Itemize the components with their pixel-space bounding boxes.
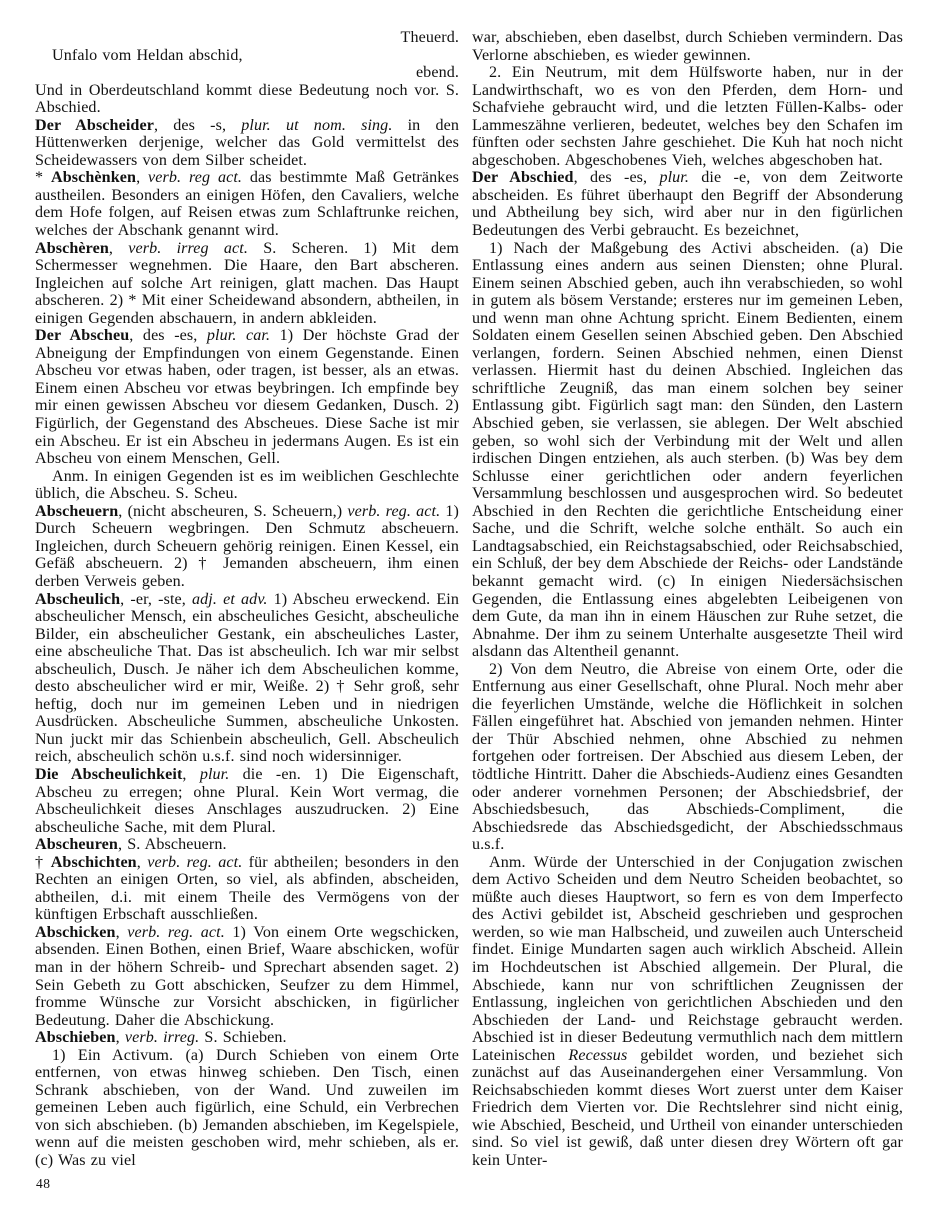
text-run: , des -s,: [154, 117, 241, 134]
grammar-label: verb. irreg.: [125, 1029, 199, 1046]
text-run: ,: [137, 854, 147, 871]
paragraph: Unfalo vom Heldan abschid,: [35, 47, 459, 65]
paragraph: Und in Oberdeutschland kommt diese Bedeu…: [35, 82, 459, 117]
text-run: 1) Nach der Maßgebung des Activi abschei…: [472, 240, 903, 661]
grammar-label: Recessus: [568, 1047, 627, 1064]
text-run: , des -es,: [574, 169, 660, 186]
text-run: ,: [182, 766, 199, 783]
text-run: gebildet worden, und beziehet sich zunäc…: [472, 1047, 903, 1169]
text-run: war, abschieben, eben daselbst, durch Sc…: [472, 29, 903, 64]
text-run: ebend.: [416, 64, 459, 81]
text-run: *: [35, 169, 51, 186]
grammar-label: plur.: [200, 766, 230, 783]
paragraph: Die Abscheulichkeit, plur. die -en. 1) D…: [35, 766, 459, 836]
entry-headword: Abschèren: [35, 240, 109, 257]
entry-headword: Abschènken: [51, 169, 136, 186]
text-run: ,: [116, 924, 128, 941]
paragraph: Abschieben, verb. irreg. S. Schieben.: [35, 1029, 459, 1047]
grammar-label: verb. reg. act.: [127, 924, 225, 941]
text-run: 2) Von dem Neutro, die Abreise von einem…: [472, 661, 903, 853]
paragraph: Abscheulich, -er, -ste, adj. et adv. 1) …: [35, 591, 459, 766]
paragraph: 1) Nach der Maßgebung des Activi abschei…: [472, 240, 903, 661]
paragraph: 2. Ein Neutrum, mit dem Hülfsworte haben…: [472, 64, 903, 169]
paragraph: * Abschènken, verb. reg act. das bestimm…: [35, 169, 459, 239]
grammar-label: verb. reg. act.: [347, 503, 440, 520]
text-run: Und in Oberdeutschland kommt diese Bedeu…: [35, 82, 459, 117]
grammar-label: verb. irreg act.: [128, 240, 248, 257]
grammar-label: plur. car.: [207, 327, 270, 344]
text-run: , (nicht abscheuren, S. Scheuern,): [118, 503, 347, 520]
column-right: war, abschieben, eben daselbst, durch Sc…: [472, 29, 903, 1170]
grammar-label: plur.: [659, 169, 689, 186]
paragraph: Der Abscheu, des -es, plur. car. 1) Der …: [35, 327, 459, 467]
paragraph: 1) Ein Activum. (a) Durch Schieben von e…: [35, 1047, 459, 1170]
paragraph: 2) Von dem Neutro, die Abreise von einem…: [472, 661, 903, 854]
grammar-label: verb. reg act.: [148, 169, 242, 186]
entry-headword: Abscheulich: [35, 591, 120, 608]
text-run: 1) Ein Activum. (a) Durch Schieben von e…: [35, 1047, 459, 1169]
text-run: ,: [116, 1029, 125, 1046]
text-run: Anm. Würde der Unterschied in der Conjug…: [472, 854, 903, 1064]
entry-headword: Abschicken: [35, 924, 116, 941]
entry-headword: Die Abscheulichkeit: [35, 766, 182, 783]
entry-headword: Abscheuern: [35, 503, 118, 520]
paragraph: Anm. In einigen Gegenden ist es im weibl…: [35, 468, 459, 503]
paragraph: Abscheuren, S. Abscheuern.: [35, 836, 459, 854]
dictionary-page: Theuerd.Unfalo vom Heldan abschid,ebend.…: [0, 0, 935, 1210]
column-left: Theuerd.Unfalo vom Heldan abschid,ebend.…: [35, 29, 459, 1170]
paragraph: Der Abscheider, des -s, plur. ut nom. si…: [35, 117, 459, 170]
paragraph: † Abschichten, verb. reg. act. für abthe…: [35, 854, 459, 924]
entry-headword: Der Abscheu: [35, 327, 129, 344]
text-run: , des -es,: [129, 327, 207, 344]
text-run: †: [35, 854, 51, 871]
paragraph: Abscheuern, (nicht abscheuren, S. Scheue…: [35, 503, 459, 591]
text-run: ,: [136, 169, 148, 186]
entry-headword: Der Abscheider: [35, 117, 154, 134]
paragraph: Abschèren, verb. irreg act. S. Scheren. …: [35, 240, 459, 328]
text-run: S. Schieben.: [199, 1029, 286, 1046]
paragraph: war, abschieben, eben daselbst, durch Sc…: [472, 29, 903, 64]
entry-headword: Abschieben: [35, 1029, 116, 1046]
page-number: 48: [36, 1176, 51, 1192]
text-run: Unfalo vom Heldan abschid,: [52, 47, 243, 64]
paragraph: ebend.: [35, 64, 459, 82]
text-run: Theuerd.: [401, 29, 459, 46]
text-run: , -er, -ste,: [120, 591, 192, 608]
entry-headword: Abscheuren: [35, 836, 118, 853]
text-run: , S. Abscheuern.: [118, 836, 227, 853]
grammar-label: adj. et adv.: [192, 591, 267, 608]
entry-headword: Der Abschied: [472, 169, 574, 186]
entry-headword: Abschichten: [51, 854, 137, 871]
text-run: 1) Abscheu erweckend. Ein abscheulicher …: [35, 591, 459, 766]
text-run: 1) Der höchste Grad der Abneigung der Em…: [35, 327, 459, 467]
text-run: Anm. In einigen Gegenden ist es im weibl…: [35, 468, 459, 503]
grammar-label: plur. ut nom. sing.: [241, 117, 392, 134]
text-run: ,: [109, 240, 128, 257]
paragraph: Theuerd.: [35, 29, 459, 47]
text-run: 2. Ein Neutrum, mit dem Hülfsworte haben…: [472, 64, 903, 169]
paragraph: Abschicken, verb. reg. act. 1) Von einem…: [35, 924, 459, 1029]
grammar-label: verb. reg. act.: [147, 854, 242, 871]
paragraph: Anm. Würde der Unterschied in der Conjug…: [472, 854, 903, 1170]
paragraph: Der Abschied, des -es, plur. die -e, von…: [472, 169, 903, 239]
